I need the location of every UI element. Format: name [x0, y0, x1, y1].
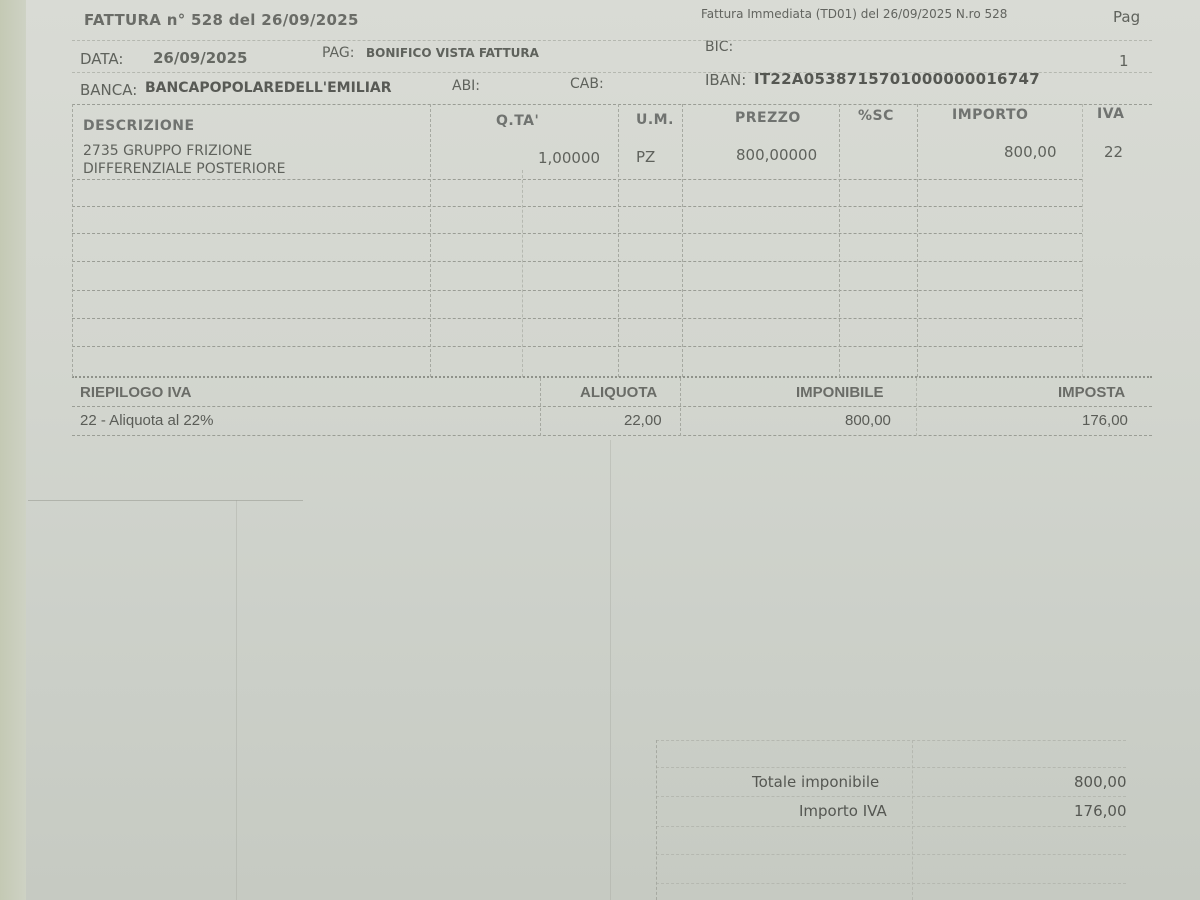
- row-vat: 22: [1104, 143, 1123, 161]
- table-gridline: [72, 346, 1082, 347]
- date-label: DATA:: [80, 50, 123, 68]
- header-divider: [72, 72, 1152, 73]
- totals-divider: [656, 883, 1126, 884]
- total-taxable-label: Totale imponibile: [752, 773, 879, 791]
- payment-value: BONIFICO VISTA FATTURA: [366, 46, 539, 60]
- abi-label: ABI:: [452, 78, 480, 94]
- row-description-line1: 2735 GRUPPO FRIZIONE: [83, 143, 252, 159]
- totals-divider: [656, 854, 1126, 855]
- table-column-divider: [72, 104, 73, 377]
- table-gridline: [72, 233, 1082, 234]
- vat-row-taxable: 800,00: [845, 412, 891, 429]
- page-label: Pag: [1113, 8, 1140, 26]
- document-type-line: Fattura Immediata (TD01) del 26/09/2025 …: [701, 7, 1007, 21]
- row-unit: PZ: [636, 148, 655, 166]
- table-column-divider: [682, 104, 683, 377]
- totals-divider: [656, 826, 1126, 827]
- vat-tax-header: IMPOSTA: [1058, 384, 1125, 401]
- table-column-divider: [839, 104, 840, 377]
- bleed-line: [28, 500, 303, 501]
- column-header-quantity: Q.TA': [496, 113, 539, 129]
- table-gridline: [72, 206, 1082, 207]
- total-vat-value: 176,00: [1074, 802, 1127, 820]
- payment-label: PAG:: [322, 45, 354, 61]
- vat-column-divider: [680, 378, 681, 436]
- vat-rate-header: ALIQUOTA: [580, 384, 657, 401]
- cab-label: CAB:: [570, 76, 604, 92]
- vat-column-divider: [540, 378, 541, 436]
- header-divider: [72, 104, 1152, 105]
- iban-label: IBAN:: [705, 71, 746, 89]
- vat-column-divider: [916, 378, 917, 436]
- column-header-unit: U.M.: [636, 112, 674, 128]
- totals-column-divider: [912, 740, 913, 900]
- invoice-paper: [22, 0, 1200, 900]
- totals-divider: [656, 796, 1126, 797]
- column-header-price: PREZZO: [735, 110, 801, 126]
- table-gridline: [72, 179, 1082, 180]
- paper-edge: [0, 0, 26, 900]
- vat-divider: [72, 406, 1152, 407]
- total-vat-label: Importo IVA: [799, 802, 887, 820]
- column-header-discount: %SC: [858, 108, 894, 124]
- row-amount: 800,00: [1004, 143, 1057, 161]
- vat-taxable-header: IMPONIBILE: [796, 384, 884, 401]
- totals-divider: [656, 740, 1126, 741]
- bank-value: BANCAPOPOLAREDELL'EMILIAR: [145, 80, 392, 96]
- vat-row-tax: 176,00: [1082, 412, 1128, 429]
- bleed-line: [610, 440, 611, 900]
- table-gridline: [72, 290, 1082, 291]
- vat-divider: [72, 435, 1152, 436]
- table-gridline: [72, 318, 1082, 319]
- invoice-title: FATTURA n° 528 del 26/09/2025: [84, 11, 359, 29]
- vat-row-rate: 22,00: [624, 412, 662, 429]
- total-taxable-value: 800,00: [1074, 773, 1127, 791]
- vat-summary-header: RIEPILOGO IVA: [80, 384, 191, 401]
- column-header-vat: IVA: [1097, 106, 1124, 122]
- page-number: 1: [1119, 52, 1129, 70]
- table-column-divider: [917, 104, 918, 377]
- row-description-line2: DIFFERENZIALE POSTERIORE: [83, 161, 286, 177]
- bleed-line: [236, 500, 237, 900]
- column-header-description: DESCRIZIONE: [83, 118, 195, 134]
- header-divider: [72, 40, 1152, 41]
- row-quantity: 1,00000: [538, 149, 600, 167]
- table-column-divider: [522, 170, 523, 377]
- table-column-divider: [430, 104, 431, 377]
- totals-divider: [656, 767, 1126, 768]
- table-column-divider: [618, 104, 619, 377]
- table-gridline: [72, 376, 1152, 378]
- bic-label: BIC:: [705, 39, 733, 55]
- column-header-amount: IMPORTO: [952, 107, 1028, 123]
- vat-row-description: 22 - Aliquota al 22%: [80, 412, 213, 429]
- table-gridline: [72, 261, 1082, 262]
- bank-label: BANCA:: [80, 81, 137, 99]
- date-value: 26/09/2025: [153, 49, 247, 67]
- table-column-divider: [1082, 104, 1083, 377]
- row-price: 800,00000: [736, 146, 817, 164]
- totals-column-divider: [656, 740, 657, 900]
